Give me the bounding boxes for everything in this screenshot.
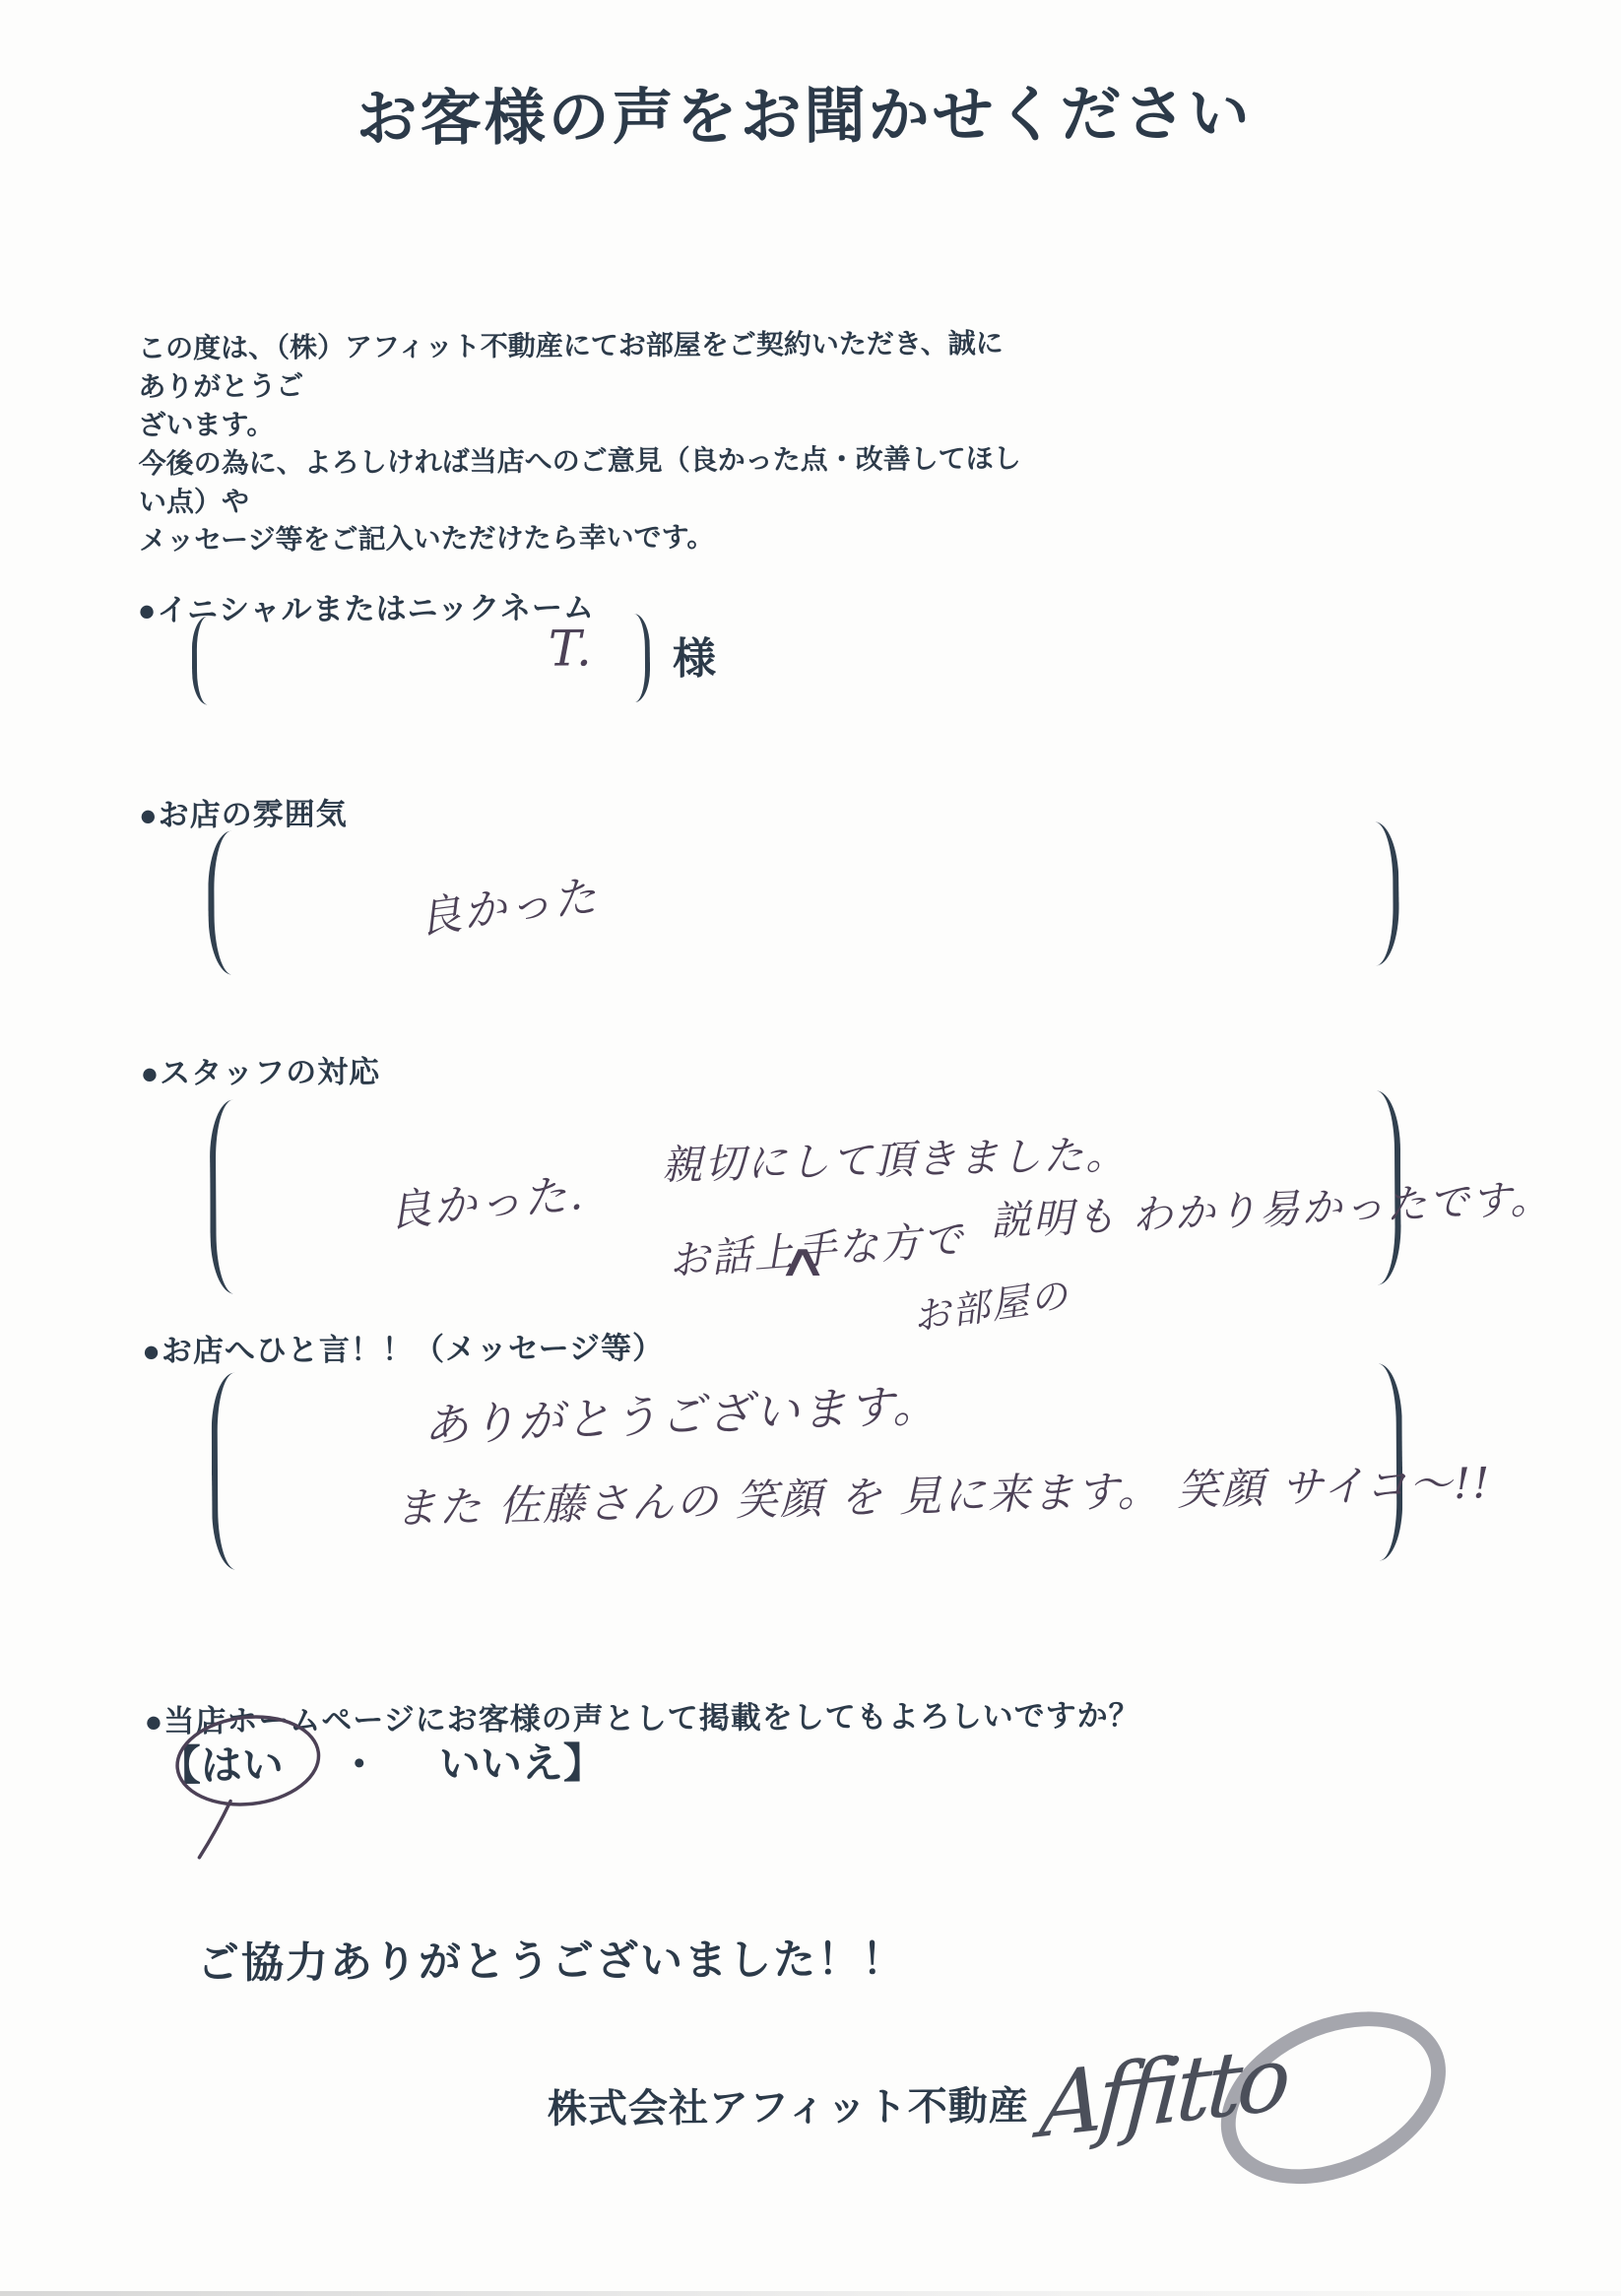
atmosphere-handwritten-answer: 良かった: [414, 860, 602, 946]
intro-line-4: メッセージ等をご記入いただけたら幸いです。: [139, 516, 1025, 559]
staff-handwritten-answer-2: 親切にして頂きました。: [661, 1122, 1128, 1191]
nickname-handwritten-value: T.: [549, 620, 594, 677]
intro-paragraph: この度は、（株）アフィット不動産にてお部屋をご契約いただき、誠にありがとうご ざ…: [138, 324, 1025, 559]
message-section-label: ●お店へひと言！！（メッセージ等）: [142, 1323, 664, 1370]
intro-line-2: ざいます。: [138, 401, 1024, 444]
staff-section-label: ●スタッフの対応: [140, 1047, 380, 1092]
message-handwritten-line-1: ありがとうございます。: [422, 1369, 941, 1455]
affitto-logo: Affitto: [1039, 2015, 1454, 2205]
nickname-close-bracket: [629, 614, 651, 702]
options-close-bracket: 】: [563, 1731, 605, 1790]
staff-handwritten-insertion: お部屋の: [909, 1265, 1072, 1342]
nickname-honorific: 様: [673, 623, 716, 687]
staff-open-bracket: [210, 1100, 240, 1294]
nickname-open-bracket: [192, 617, 214, 705]
option-no: いいえ: [439, 1732, 563, 1792]
staff-handwritten-answer-1: 良かった.: [385, 1158, 587, 1239]
company-name: 株式会社アフィット不動産: [548, 2075, 1029, 2134]
scan-edge-artifact: [0, 2291, 1621, 2296]
message-handwritten-line-2: また 佐藤さんの 笑顔 を 見に来ます。 笑顔 サイコ～!!: [394, 1450, 1493, 1536]
paper-sheet: お客様の声をお聞かせください この度は、（株）アフィット不動産にてお部屋をご契約…: [0, 0, 1621, 2296]
message-open-bracket: [211, 1373, 241, 1570]
intro-line-3: 今後の為に、よろしければ当店へのご意見（良かった点・改善してほしい点）や: [139, 439, 1025, 521]
intro-line-1: この度は、（株）アフィット不動産にてお部屋をご契約いただき、誠にありがとうご: [138, 324, 1024, 406]
insertion-caret-mark: ∧: [776, 1233, 832, 1286]
customer-feedback-form-scan: お客様の声をお聞かせください この度は、（株）アフィット不動産にてお部屋をご契約…: [0, 0, 1621, 2296]
page-title: お客様の声をお聞かせください: [0, 62, 1615, 160]
thanks-line: ご協力ありがとうございました！！: [197, 1926, 906, 1990]
atmosphere-section-label: ●お店の雰囲気: [139, 789, 348, 834]
atmosphere-open-bracket: [208, 831, 238, 975]
atmosphere-close-bracket: [1369, 821, 1399, 965]
handwritten-circle-on-yes: [168, 1709, 347, 1877]
